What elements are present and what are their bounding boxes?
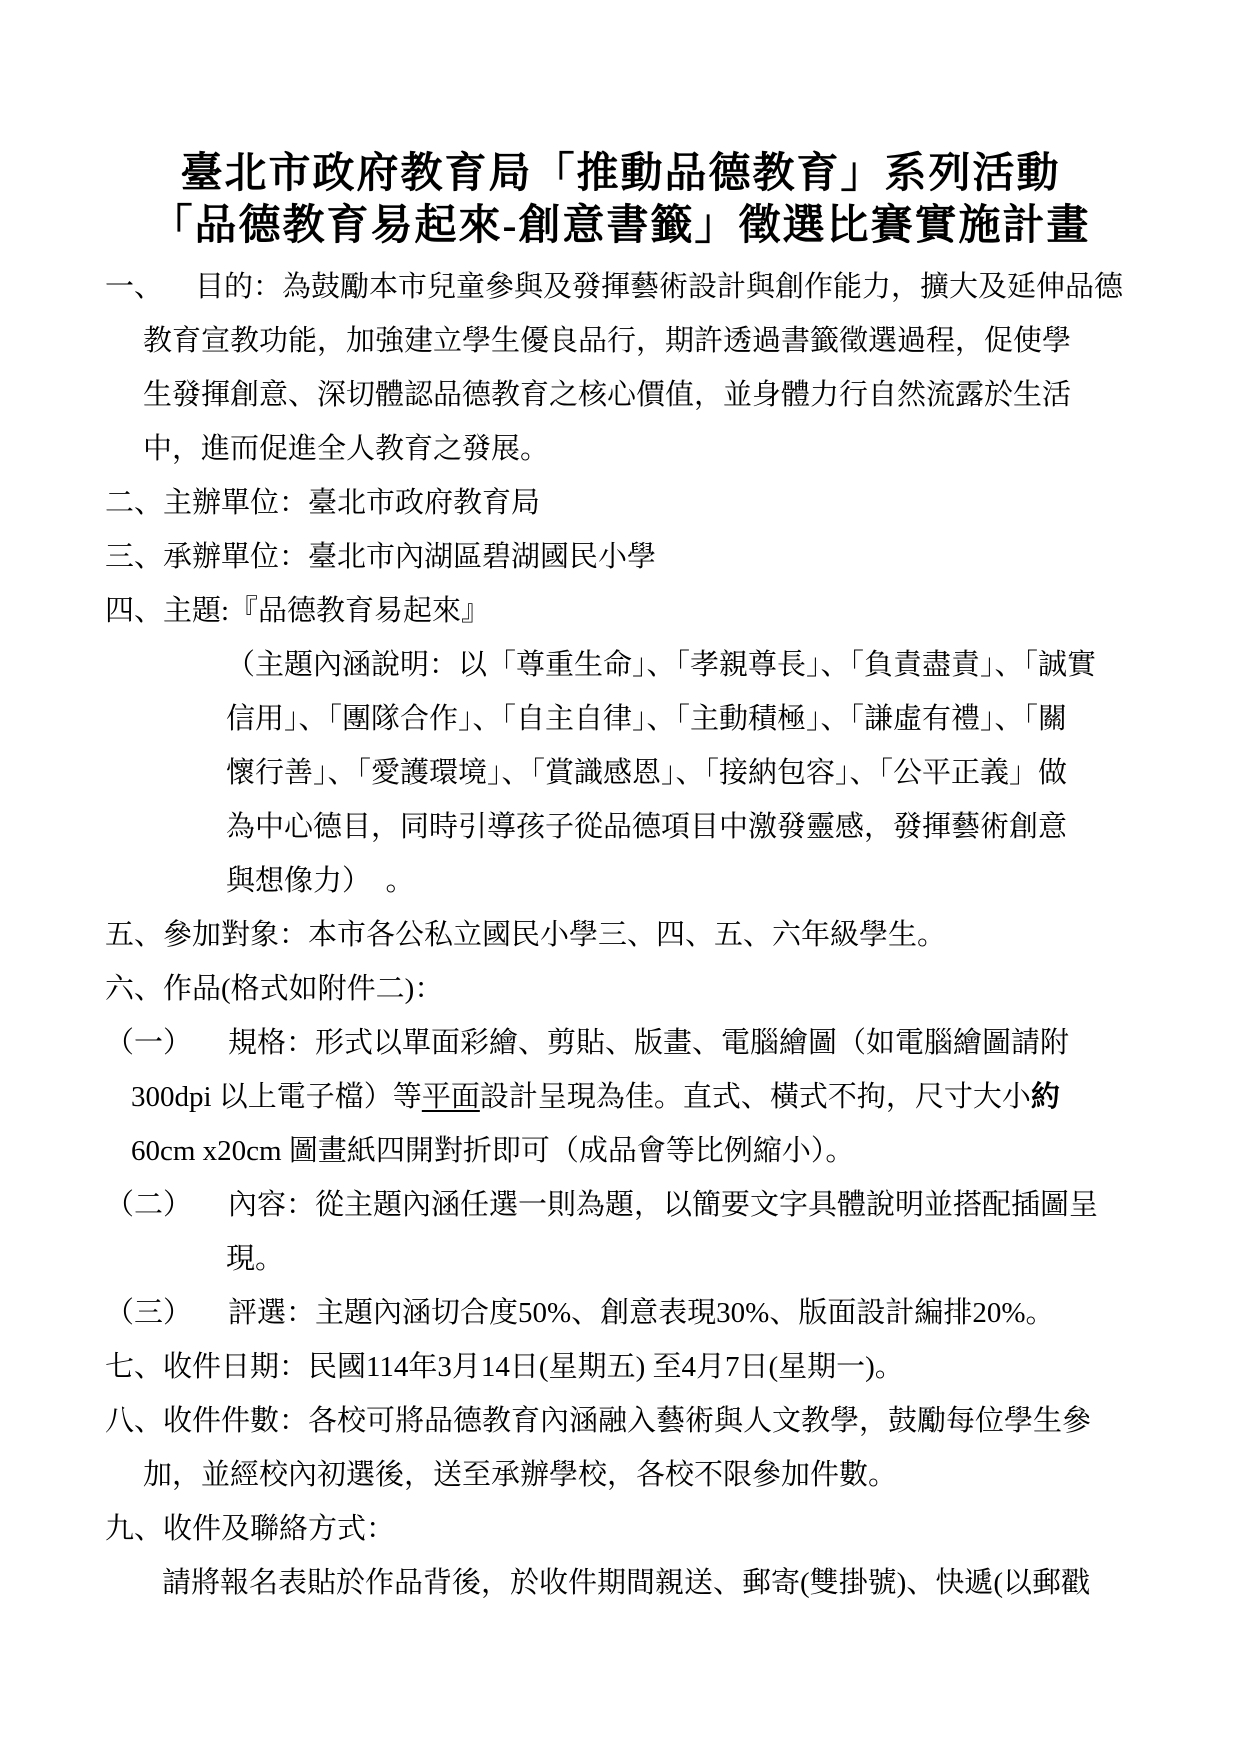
text-segment: 現。 (226, 1243, 284, 1275)
text-segment: 生發揮創意、深切體認品德教育之核心價值，並身體力行自然流露於生活 (143, 379, 1071, 411)
text-segment: 設計呈現為佳。直式、橫式不拘，尺寸大小 (480, 1081, 1031, 1113)
text-segment: 八、收件件數：各校可將品德教育內涵融入藝術與人文教學，鼓勵每位學生參 (105, 1405, 1091, 1437)
text-line: 四、主題:『品德教育易起來』 (0, 584, 1241, 638)
text-line: （主題內涵說明：以「尊重生命」、「孝親尊長」、「負責盡責」、「誠實 (0, 638, 1241, 692)
text-line: （一）規格：形式以單面彩繪、剪貼、版畫、電腦繪圖（如電腦繪圖請附 (0, 1016, 1241, 1070)
text-line: 二、主辦單位：臺北市政府教育局 (0, 476, 1241, 530)
text-line: 與想像力） 。 (0, 854, 1241, 908)
text-line: （三）評選：主題內涵切合度50%、創意表現30%、版面設計編排20%。 (0, 1286, 1241, 1340)
text-line: 八、收件件數：各校可將品德教育內涵融入藝術與人文教學，鼓勵每位學生參 (0, 1394, 1241, 1448)
text-line: 60cm x20cm 圖畫紙四開對折即可（成品會等比例縮小）。 (0, 1124, 1241, 1178)
text-segment: 規格：形式以單面彩繪、剪貼、版畫、電腦繪圖（如電腦繪圖請附 (228, 1027, 1069, 1059)
document-title: 臺北市政府教育局「推動品德教育」系列活動 「品德教育易起來-創意書籤」徵選比賽實… (0, 0, 1241, 252)
text-segment: 六、作品(格式如附件二)： (105, 973, 443, 1005)
text-line: 五、參加對象：本市各公私立國民小學三、四、五、六年級學生。 (0, 908, 1241, 962)
text-segment: 三、承辦單位：臺北市內湖區碧湖國民小學 (105, 541, 656, 573)
text-segment: 教育宣教功能，加強建立學生優良品行，期許透過書籤徵選過程，促使學 (143, 325, 1071, 357)
text-line: 七、收件日期：民國114年3月14日(星期五) 至4月7日(星期一)。 (0, 1340, 1241, 1394)
text-line: （二）內容：從主題內涵任選一則為題，以簡要文字具體說明並搭配插圖呈 (0, 1178, 1241, 1232)
text-line: 三、承辦單位：臺北市內湖區碧湖國民小學 (0, 530, 1241, 584)
text-line: 懷行善」、「愛護環境」、「賞識感恩」、「接納包容」、「公平正義」做 (0, 746, 1241, 800)
text-segment: （主題內涵說明：以「尊重生命」、「孝親尊長」、「負責盡責」、「誠實 (226, 649, 1096, 681)
text-line: 六、作品(格式如附件二)： (0, 962, 1241, 1016)
text-segment: 二、主辦單位：臺北市政府教育局 (105, 487, 540, 519)
text-segment: 約 (1031, 1081, 1060, 1113)
document-body: 一、目的：為鼓勵本市兒童參與及發揮藝術設計與創作能力，擴大及延伸品德教育宣教功能… (0, 260, 1241, 1610)
text-line: 為中心德目，同時引導孩子從品德項目中激發靈感，發揮藝術創意 (0, 800, 1241, 854)
text-segment: 四、主題:『品德教育易起來』 (105, 595, 490, 627)
text-segment: 懷行善」、「愛護環境」、「賞識感恩」、「接納包容」、「公平正義」做 (226, 757, 1067, 789)
text-segment: （一） (105, 1027, 192, 1059)
text-segment: 與想像力） 。 (226, 865, 415, 897)
text-segment: 五、參加對象：本市各公私立國民小學三、四、五、六年級學生。 (105, 919, 946, 951)
text-segment: 60cm x20cm 圖畫紙四開對折即可（成品會等比例縮小）。 (131, 1135, 854, 1167)
text-segment: 一、 (105, 271, 163, 303)
title-line-2: 「品德教育易起來-創意書籤」徵選比賽實施計畫 (0, 200, 1241, 252)
text-line: 加，並經校內初選後，送至承辦學校，各校不限參加件數。 (0, 1448, 1241, 1502)
text-segment: 加，並經校內初選後，送至承辦學校，各校不限參加件數。 (143, 1459, 897, 1491)
text-line: 信用」、「團隊合作」、「自主自律」、「主動積極」、「謙虛有禮」、「關 (0, 692, 1241, 746)
text-line: 一、目的：為鼓勵本市兒童參與及發揮藝術設計與創作能力，擴大及延伸品德 (0, 260, 1241, 314)
text-line: 生發揮創意、深切體認品德教育之核心價值，並身體力行自然流露於生活 (0, 368, 1241, 422)
text-line: 九、收件及聯絡方式： (0, 1502, 1241, 1556)
text-segment: 信用」、「團隊合作」、「自主自律」、「主動積極」、「謙虛有禮」、「關 (226, 703, 1067, 735)
document-page: 臺北市政府教育局「推動品德教育」系列活動 「品德教育易起來-創意書籤」徵選比賽實… (0, 0, 1241, 1755)
text-segment: 請將報名表貼於作品背後，於收件期間親送、郵寄(雙掛號)、快遞(以郵戳 (162, 1567, 1090, 1599)
text-segment: 中，進而促進全人教育之發展。 (143, 433, 549, 465)
text-segment: （三） (105, 1297, 192, 1329)
text-segment: （二） (105, 1189, 192, 1221)
text-segment: 平面 (422, 1081, 480, 1113)
text-line: 請將報名表貼於作品背後，於收件期間親送、郵寄(雙掛號)、快遞(以郵戳 (0, 1556, 1241, 1610)
text-line: 300dpi 以上電子檔）等平面設計呈現為佳。直式、橫式不拘，尺寸大小約 (0, 1070, 1241, 1124)
text-segment: 七、收件日期：民國114年3月14日(星期五) 至4月7日(星期一)。 (105, 1351, 904, 1383)
text-line: 現。 (0, 1232, 1241, 1286)
text-line: 教育宣教功能，加強建立學生優良品行，期許透過書籤徵選過程，促使學 (0, 314, 1241, 368)
text-segment: 目的：為鼓勵本市兒童參與及發揮藝術設計與創作能力，擴大及延伸品德 (195, 271, 1123, 303)
text-segment: 為中心德目，同時引導孩子從品德項目中激發靈感，發揮藝術創意 (226, 811, 1067, 843)
text-segment: 評選：主題內涵切合度50%、創意表現30%、版面設計編排20%。 (228, 1297, 1054, 1329)
title-line-1: 臺北市政府教育局「推動品德教育」系列活動 (0, 148, 1241, 200)
text-segment: 九、收件及聯絡方式： (105, 1513, 395, 1545)
text-segment: 300dpi 以上電子檔）等 (131, 1081, 422, 1113)
text-segment: 內容：從主題內涵任選一則為題，以簡要文字具體說明並搭配插圖呈 (228, 1189, 1098, 1221)
text-line: 中，進而促進全人教育之發展。 (0, 422, 1241, 476)
